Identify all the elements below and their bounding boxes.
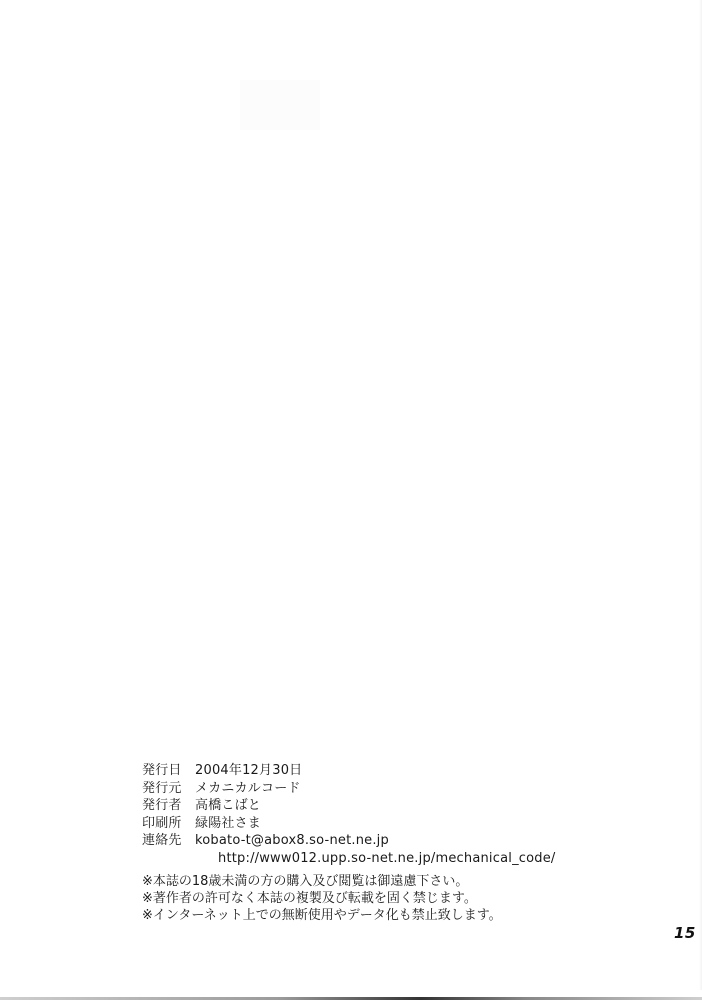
colophon-value: 2004年12月30日 xyxy=(195,762,302,780)
page-number: 15 xyxy=(674,924,696,942)
website-url: http://www012.upp.so-net.ne.jp/mechanica… xyxy=(195,850,556,868)
colophon-value: 高橋こばと xyxy=(195,797,261,815)
colophon-label: 発行日 xyxy=(142,762,195,780)
colophon-label: 発行元 xyxy=(142,780,195,798)
colophon-row-contact: 連絡先 kobato-t@abox8.so-net.ne.jp xyxy=(142,832,556,850)
book-page: 発行日 2004年12月30日 発行元 メカニカルコード 発行者 高橋こばと 印… xyxy=(0,0,702,1000)
colophon-row-publisher: 発行元 メカニカルコード xyxy=(142,780,556,798)
notice-item: ※インターネット上での無断使用やデータ化も禁止致します。 xyxy=(142,907,502,924)
notice-list: ※本誌の18歳未満の方の購入及び閲覧は御遠慮下さい。 ※著作者の許可なく本誌の複… xyxy=(142,873,502,924)
notice-item: ※著作者の許可なく本誌の複製及び転載を固く禁じます。 xyxy=(142,890,502,907)
colophon-label: 印刷所 xyxy=(142,815,195,833)
colophon-row-website: http://www012.upp.so-net.ne.jp/mechanica… xyxy=(142,850,556,868)
colophon: 発行日 2004年12月30日 発行元 メカニカルコード 発行者 高橋こばと 印… xyxy=(142,762,556,867)
colophon-row-publish-date: 発行日 2004年12月30日 xyxy=(142,762,556,780)
colophon-value: メカニカルコード xyxy=(195,780,301,798)
colophon-label: 連絡先 xyxy=(142,832,195,850)
colophon-label: 発行者 xyxy=(142,797,195,815)
colophon-label xyxy=(142,850,195,868)
faint-scan-mark xyxy=(240,80,320,130)
notice-item: ※本誌の18歳未満の方の購入及び閲覧は御遠慮下さい。 xyxy=(142,873,502,890)
colophon-row-printer: 印刷所 緑陽社さま xyxy=(142,815,556,833)
colophon-value: 緑陽社さま xyxy=(195,815,261,833)
colophon-row-issuer: 発行者 高橋こばと xyxy=(142,797,556,815)
contact-email: kobato-t@abox8.so-net.ne.jp xyxy=(195,832,389,850)
